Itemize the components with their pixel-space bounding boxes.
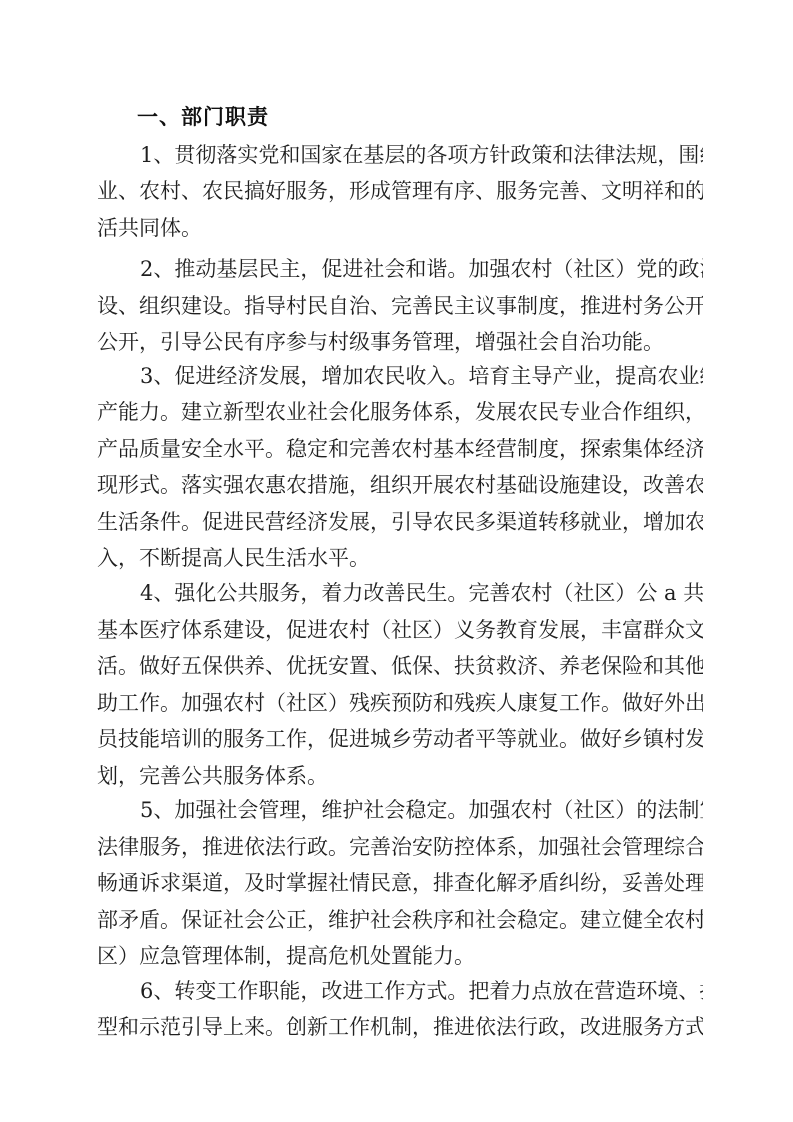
- paragraph-line: 员技能培训的服务工作，促进城乡劳动者平等就业。做好乡镇村发展规: [97, 725, 703, 753]
- paragraph-line: 部矛盾。保证社会公正，维护社会秩序和社会稳定。建立健全农村（社: [97, 906, 703, 934]
- paragraph-line: 设、组织建设。指导村民自治、完善民主议事制度，推进村务公开、财务: [97, 292, 703, 320]
- paragraph-line: 活共同体。: [97, 214, 703, 242]
- section-heading: 一、部门职责: [137, 103, 269, 131]
- paragraph-first-line: 5、加强社会管理，维护社会稳定。加强农村（社区）的法制宣传和: [140, 796, 703, 824]
- paragraph-line: 现形式。落实强农惠农措施，组织开展农村基础设施建设，改善农民生产: [97, 471, 703, 499]
- paragraph-line: 产能力。建立新型农业社会化服务体系，发展农民专业合作组织，提高农: [97, 398, 703, 426]
- paragraph-line: 助工作。加强农村（社区）残疾预防和残疾人康复工作。做好外出务工人: [97, 689, 703, 717]
- paragraph-line: 区）应急管理体制，提高危机处置能力。: [97, 942, 703, 970]
- paragraph-line: 生活条件。促进民营经济发展，引导农民多渠道转移就业，增加农民收: [97, 508, 703, 536]
- paragraph-line: 活。做好五保供养、优抚安置、低保、扶贫救济、养老保险和其他社会救: [97, 652, 703, 680]
- paragraph-first-line: 3、促进经济发展，增加农民收入。培育主导产业，提高农业综合生: [140, 362, 703, 390]
- paragraph-first-line: 1、贯彻落实党和国家在基层的各项方针政策和法律法规，围绕农: [140, 141, 703, 169]
- paragraph-line: 业、农村、农民搞好服务，形成管理有序、服务完善、文明祥和的社会生: [97, 177, 703, 205]
- paragraph-line: 公开，引导公民有序参与村级事务管理，增强社会自治功能。: [97, 328, 703, 356]
- paragraph-line: 型和示范引导上来。创新工作机制，推进依法行政，改进服务方式，通过: [97, 1013, 703, 1041]
- paragraph-line: 产品质量安全水平。稳定和完善农村基本经营制度，探索集体经济有效实: [97, 435, 703, 463]
- paragraph-line: 划，完善公共服务体系。: [97, 762, 703, 790]
- paragraph-line: 法律服务，推进依法行政。完善治安防控体系，加强社会管理综合治理。: [97, 833, 703, 861]
- paragraph-line: 入，不断提高人民生活水平。: [97, 544, 703, 572]
- paragraph-line: 基本医疗体系建设，促进农村（社区）义务教育发展，丰富群众文化生: [97, 616, 703, 644]
- paragraph-first-line: 2、推动基层民主，促进社会和谐。加强农村（社区）党的政治建: [140, 255, 703, 283]
- paragraph-first-line: 6、转变工作职能，改进工作方式。把着力点放在营造环境、扶持典: [140, 977, 703, 1005]
- paragraph-first-line: 4、强化公共服务，着力改善民生。完善农村（社区）公 a 共卫生和: [140, 579, 703, 607]
- document-page: 一、部门职责 1、贯彻落实党和国家在基层的各项方针政策和法律法规，围绕农业、农村…: [0, 0, 793, 1122]
- paragraph-line: 畅通诉求渠道，及时掌握社情民意，排查化解矛盾纠纷，妥善处理人民内: [97, 869, 703, 897]
